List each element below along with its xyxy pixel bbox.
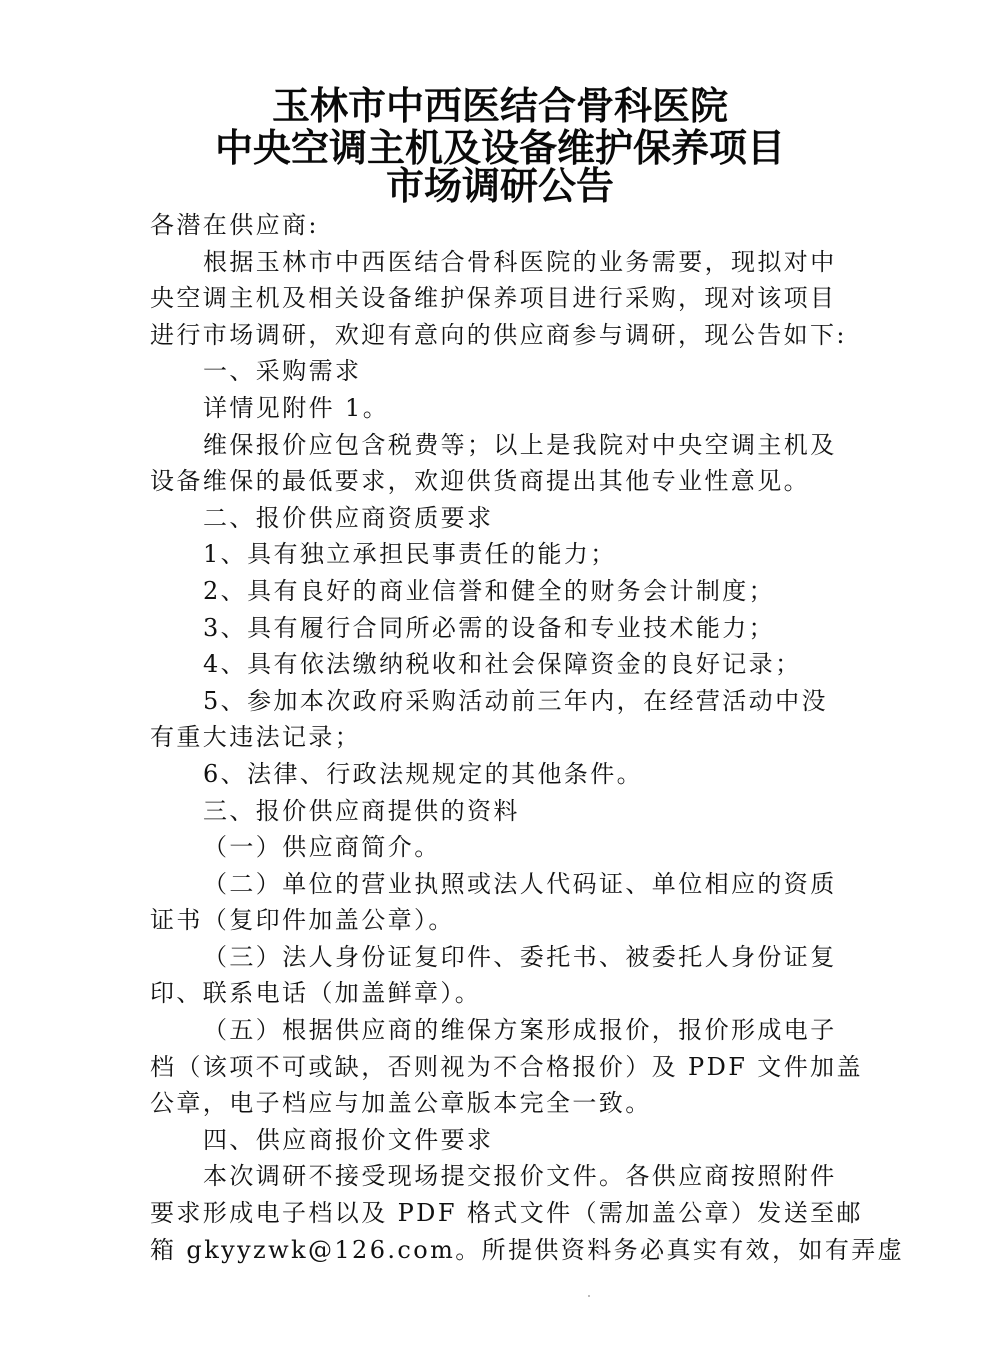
- list-item: 6、法律、行政法规规定的其他条件。: [150, 756, 850, 793]
- section-heading-3: 三、报价供应商提供的资料: [150, 793, 850, 830]
- paragraph-line-email: 箱 gkyyzwk@126.com。所提供资料务必真实有效，如有弄虚: [150, 1232, 850, 1269]
- paragraph-line: 维保报价应包含税费等；以上是我院对中央空调主机及: [150, 427, 850, 464]
- list-item-continuation: 有重大违法记录；: [150, 719, 850, 756]
- list-item-continuation: 公章，电子档应与加盖公章版本完全一致。: [150, 1085, 850, 1122]
- list-item-continuation: 印、联系电话（加盖鲜章）。: [150, 975, 850, 1012]
- list-item: （三）法人身份证复印件、委托书、被委托人身份证复: [150, 939, 850, 976]
- list-item: （五）根据供应商的维保方案形成报价，报价形成电子: [150, 1012, 850, 1049]
- paragraph-line: 央空调主机及相关设备维护保养项目进行采购，现对该项目: [150, 280, 850, 317]
- salutation: 各潜在供应商:: [150, 207, 850, 244]
- list-item: （一）供应商简介。: [150, 829, 850, 866]
- list-item: 3、具有履行合同所必需的设备和专业技术能力；: [150, 610, 850, 647]
- paragraph-line: 要求形成电子档以及 PDF 格式文件（需加盖公章）发送至邮: [150, 1195, 850, 1232]
- document-page: 玉林市中西医结合骨科医院 中央空调主机及设备维护保养项目 市场调研公告 各潜在供…: [0, 0, 1000, 1360]
- paragraph-line: 设备维保的最低要求，欢迎供货商提出其他专业性意见。: [150, 463, 850, 500]
- section-heading-4: 四、供应商报价文件要求: [150, 1122, 850, 1159]
- list-item: 5、参加本次政府采购活动前三年内，在经营活动中没: [150, 683, 850, 720]
- title-line-notice: 市场调研公告: [0, 165, 1000, 207]
- list-item: 4、具有依法缴纳税收和社会保障资金的良好记录；: [150, 646, 850, 683]
- list-item-continuation: 档（该项不可或缺，否则视为不合格报价）及 PDF 文件加盖: [150, 1049, 850, 1086]
- paragraph-line: 详情见附件 1。: [150, 390, 850, 427]
- list-item-continuation: 证书（复印件加盖公章）。: [150, 902, 850, 939]
- section-heading-1: 一、采购需求: [150, 353, 850, 390]
- paragraph-line: 本次调研不接受现场提交报价文件。各供应商按照附件: [150, 1158, 850, 1195]
- title-line-hospital: 玉林市中西医结合骨科医院: [0, 85, 1000, 127]
- paragraph-line: 根据玉林市中西医结合骨科医院的业务需要，现拟对中: [150, 244, 850, 281]
- scan-speck: [588, 1295, 590, 1297]
- section-heading-2: 二、报价供应商资质要求: [150, 500, 850, 537]
- list-item: （二）单位的营业执照或法人代码证、单位相应的资质: [150, 866, 850, 903]
- list-item: 2、具有良好的商业信誉和健全的财务会计制度；: [150, 573, 850, 610]
- document-body: 各潜在供应商: 根据玉林市中西医结合骨科医院的业务需要，现拟对中 央空调主机及相…: [150, 207, 850, 1268]
- paragraph-line: 进行市场调研，欢迎有意向的供应商参与调研，现公告如下:: [150, 317, 850, 354]
- list-item: 1、具有独立承担民事责任的能力；: [150, 536, 850, 573]
